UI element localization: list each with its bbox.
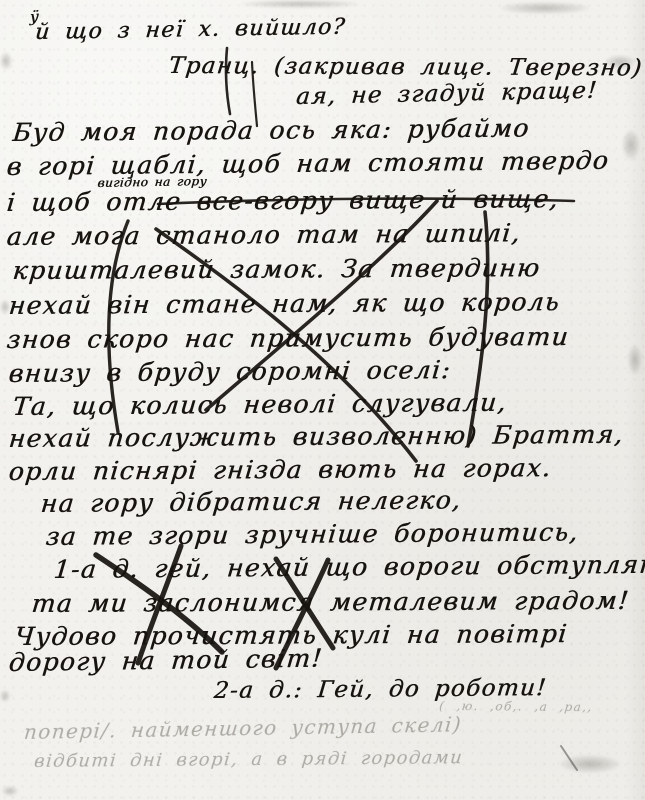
- manuscript-line-17: на гору дібратися нелегко,: [40, 487, 463, 516]
- bleedthrough-smudge-2: [240, 0, 360, 8]
- bleedthrough-smudge-8: [0, 690, 10, 702]
- manuscript-line-14: Та, що колись неволі слугували,: [12, 390, 509, 419]
- manuscript-line-18: за те згори зручніше боронитись,: [45, 519, 580, 549]
- manuscript-line-19: 1-а д. гей, нехай що вороги обступлять,: [53, 551, 645, 582]
- manuscript-line-11: нехай він стане нам, як що король: [8, 289, 562, 318]
- bleedthrough-smudge-5: [0, 52, 12, 70]
- bleedthrough-smudge-4: [622, 130, 640, 160]
- bleedthrough-smudge-10: [2, 786, 18, 796]
- manuscript-line-10: кришталевий замок. За твердиню: [12, 255, 542, 283]
- manuscript-line-20: та ми заслонимся металевим градом!: [31, 588, 631, 616]
- manuscript-line-12: знов скоро нас примусить будувати: [6, 324, 571, 352]
- bleedthrough-smudge-1: [500, 2, 590, 14]
- manuscript-page: ӱй що з неї х. вийшло?Транц. (закривав л…: [0, 0, 645, 800]
- manuscript-line-26: відбиті дні вгорі, а в ряді городами: [33, 749, 464, 771]
- manuscript-line-6: в горі щаблі, щоб нам стояти твердо: [6, 148, 611, 179]
- manuscript-line-22: дорогу на той світ!: [8, 646, 324, 675]
- manuscript-line-4: ая, не згадуй краще!: [295, 80, 598, 109]
- manuscript-line-15: нехай послужить визволенню) Браття,: [8, 422, 626, 451]
- manuscript-line-9: але мога станоло там на шпилі,: [6, 220, 523, 249]
- manuscript-line-13: внизу в бруду соромні оселі:: [8, 357, 453, 386]
- manuscript-line-3: Транц. (закривав лице. Тверезно): [167, 55, 643, 80]
- bleedthrough-smudge-7: [628, 345, 642, 375]
- bleedthrough-smudge-9: [560, 755, 620, 773]
- manuscript-line-16: орли піснярі гнізда вють на горах.: [8, 455, 553, 484]
- manuscript-line-8: і щоб отле все-вгору вище й вище,: [6, 186, 561, 215]
- manuscript-line-25: попері/. найменшого уступа скелі): [23, 714, 463, 742]
- manuscript-line-2: й що з неї х. вийшло?: [34, 17, 347, 44]
- manuscript-line-5: Буд моя порада ось яка: рубаймо: [12, 115, 531, 145]
- manuscript-line-24: ( ‚ю. ‚об‚. ‚а ‚ра‚‚: [439, 700, 594, 713]
- crossout-stroke-12: [561, 746, 577, 770]
